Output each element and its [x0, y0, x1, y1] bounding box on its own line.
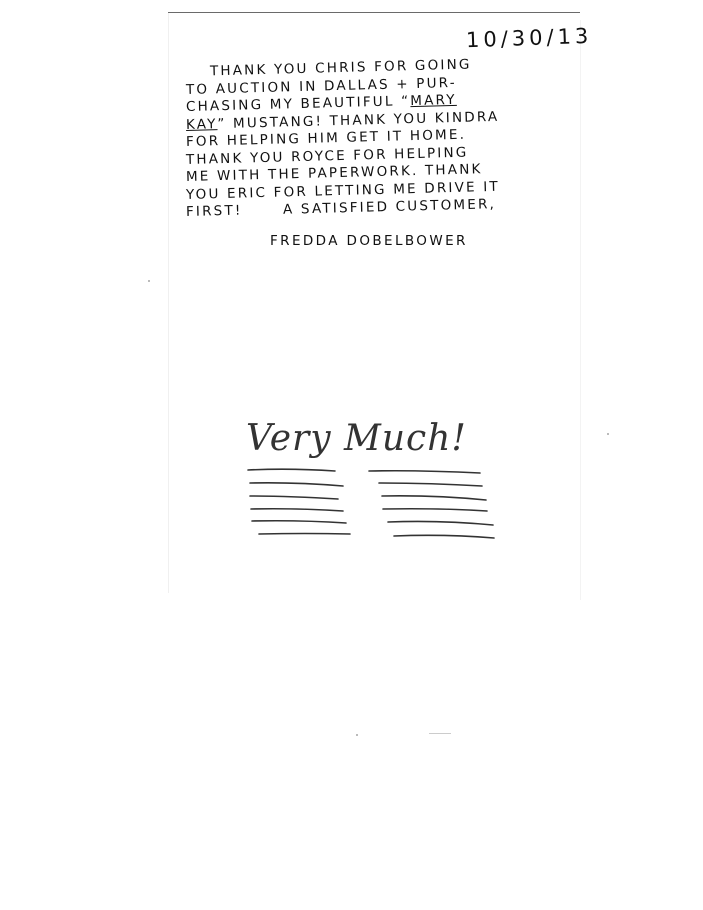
card-left-edge [168, 13, 169, 593]
scan-speck [429, 733, 451, 734]
underlined-mary: MARY [410, 92, 457, 109]
handwritten-date: 10/30/13 [466, 24, 593, 52]
scan-speck [607, 433, 609, 435]
handwritten-message: THANK YOU CHRIS FOR GOING TO AUCTION IN … [186, 64, 586, 222]
signature-name: FREDDA DOBELBOWER [270, 233, 468, 249]
scan-speck [148, 280, 150, 282]
printed-script-phrase: Very Much! [246, 418, 467, 459]
scan-speck [356, 734, 358, 736]
card-top-edge [168, 12, 580, 13]
underlined-kay: KAY [186, 116, 218, 133]
